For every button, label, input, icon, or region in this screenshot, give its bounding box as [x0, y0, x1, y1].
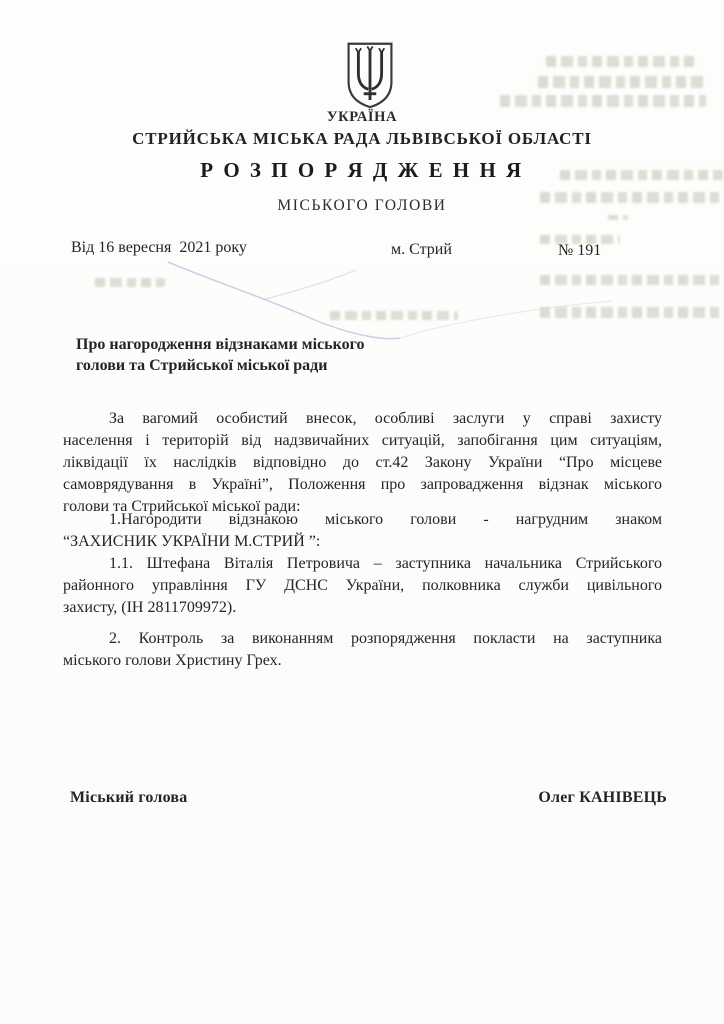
- bleed-through-artifact: [330, 311, 458, 320]
- scanned-document-page: УКРАЇНА СТРИЙСЬКА МІСЬКА РАДА ЛЬВІВСЬКОЇ…: [0, 0, 724, 1024]
- paragraph-item-1: 1.Нагородити відзнакою міського голови -…: [63, 509, 662, 553]
- bleed-through-artifact: [95, 278, 165, 287]
- document-type-title: Р О З П О Р Я Д Ж Е Н Н Я: [0, 158, 724, 183]
- text-line: районного управління ГУ ДСНС України, по…: [63, 575, 662, 597]
- text-line: 1.Нагородити відзнакою міського голови -…: [63, 509, 662, 531]
- ukraine-tryzub-shield-icon: [345, 41, 395, 109]
- document-subject: Про нагородження відзнаками міськогоголо…: [76, 334, 496, 376]
- council-name: СТРИЙСЬКА МІСЬКА РАДА ЛЬВІВСЬКОЇ ОБЛАСТІ: [0, 129, 724, 149]
- text-line: населення і територій від надзвичайних с…: [63, 430, 662, 452]
- text-line: захисту, (ІН 2811709972).: [63, 597, 662, 619]
- text-line: “ЗАХИСНИК УКРАЇНИ М.СТРИЙ ”:: [63, 531, 662, 553]
- text-line: Про нагородження відзнаками міського: [76, 334, 496, 355]
- signature-title: Міський голова: [70, 789, 187, 807]
- document-place: м. Стрий: [391, 241, 452, 259]
- paragraph-item-1-1: 1.1. Штефана Віталія Петровича – заступн…: [63, 553, 662, 619]
- paragraph-intro: За вагомий особистий внесок, особливі за…: [63, 408, 662, 518]
- text-line: самоврядування в Україні”, Положення про…: [63, 474, 662, 496]
- text-line: ліквідації їх наслідків відповідно до ст…: [63, 452, 662, 474]
- bleed-through-artifact: [608, 215, 628, 220]
- text-line: 1.1. Штефана Віталія Петровича – заступн…: [63, 553, 662, 575]
- document-date: Від 16 вересня 2021 року: [71, 239, 247, 257]
- bleed-through-artifact: [540, 275, 723, 285]
- header-emblem-row: [0, 41, 724, 114]
- paragraph-item-2: 2. Контроль за виконанням розпорядження …: [63, 628, 662, 672]
- bleed-through-artifact: [540, 307, 720, 318]
- document-issuer: МІСЬКОГО ГОЛОВИ: [0, 197, 724, 215]
- text-line: міського голови Христину Грех.: [63, 650, 662, 672]
- document-number: № 191: [558, 242, 601, 260]
- text-line: голови та Стрийської міської ради: [76, 355, 496, 376]
- signature-name: Олег КАНІВЕЦЬ: [538, 789, 667, 807]
- text-line: За вагомий особистий внесок, особливі за…: [63, 408, 662, 430]
- text-line: 2. Контроль за виконанням розпорядження …: [63, 628, 662, 650]
- country-name: УКРАЇНА: [0, 109, 724, 126]
